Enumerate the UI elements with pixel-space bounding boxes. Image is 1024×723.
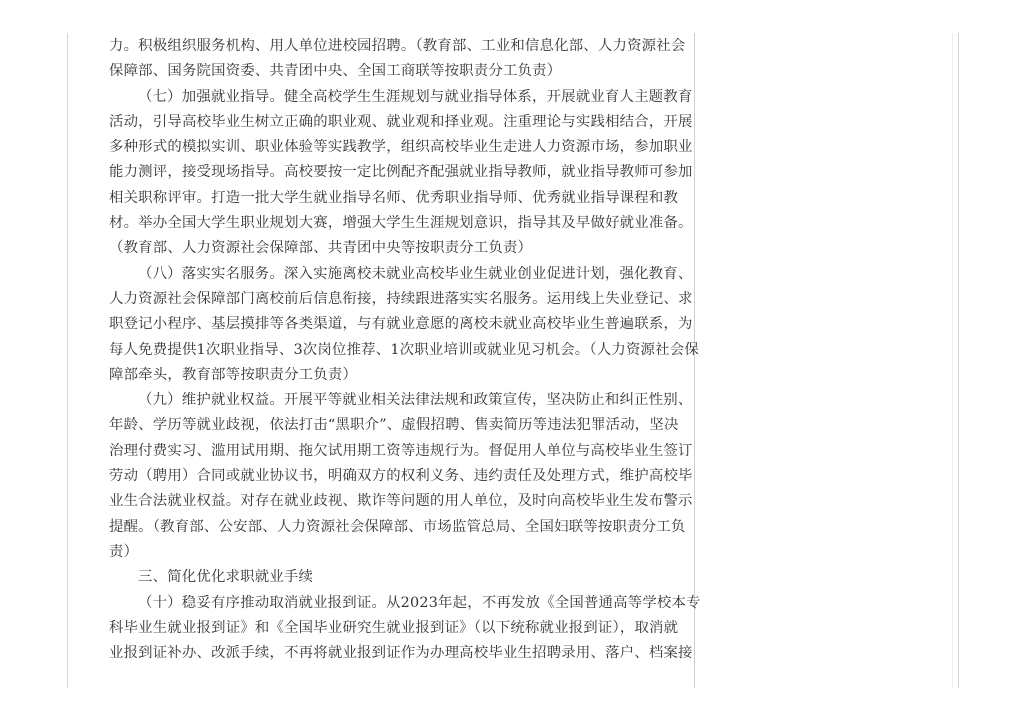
text-line: （教育部、人力资源社会保障部、共青团中央等按职责分工负责）: [109, 236, 675, 261]
text-line: 多种形式的模拟实训、职业体验等实践教学，组织高校毕业生走进人力资源市场，参加职业: [109, 135, 675, 160]
text-line: 能力测评，接受现场指导。高校要按一定比例配齐配强就业指导教师，就业指导教师可参加: [109, 160, 675, 185]
text-line: 人力资源社会保障部门离校前后信息衔接，持续跟进落实实名服务。运用线上失业登记、求: [109, 287, 675, 312]
text-line: 每人免费提供1次职业指导、3次岗位推荐、1次职业培训或就业见习机会。（人力资源社…: [109, 338, 675, 363]
section-heading: 三、简化优化求职就业手续: [109, 565, 675, 590]
text-line: 障部牵头，教育部等按职责分工负责）: [109, 363, 675, 388]
text-line: 保障部、国务院国资委、共青团中央、全国工商联等按职责分工负责）: [109, 59, 675, 84]
text-line: 劳动（聘用）合同或就业协议书，明确双方的权利义务、违约责任及处理方式，维护高校毕: [109, 464, 675, 489]
text-line: 职登记小程序、基层摸排等各类渠道，与有就业意愿的离校未就业高校毕业生普遍联系，为: [109, 312, 675, 337]
text-line: 提醒。（教育部、公安部、人力资源社会保障部、市场监管总局、全国妇联等按职责分工负: [109, 515, 675, 540]
panel-right-border: [958, 33, 959, 688]
page-right-border: [694, 33, 695, 688]
text-line: 责）: [109, 540, 675, 565]
text-line: 材。举办全国大学生职业规划大赛，增强大学生生涯规划意识，指导其及早做好就业准备。: [109, 211, 675, 236]
text-line: 治理付费实习、滥用试用期、拖欠试用期工资等违规行为。督促用人单位与高校毕业生签订: [109, 439, 675, 464]
text-line: 力。积极组织服务机构、用人单位进校园招聘。（教育部、工业和信息化部、人力资源社会: [109, 34, 675, 59]
panel-divider-faint: [952, 33, 953, 688]
document-page: 力。积极组织服务机构、用人单位进校园招聘。（教育部、工业和信息化部、人力资源社会…: [109, 34, 675, 666]
text-line: 活动，引导高校毕业生树立正确的职业观、就业观和择业观。注重理论与实践相结合，开展: [109, 110, 675, 135]
text-line: （八）落实实名服务。深入实施离校未就业高校毕业生就业创业促进计划，强化教育、: [109, 262, 675, 287]
text-line: （九）维护就业权益。开展平等就业相关法律法规和政策宣传，坚决防止和纠正性别、: [109, 388, 675, 413]
text-line: 科毕业生就业报到证》和《全国毕业研究生就业报到证》（以下统称就业报到证），取消就: [109, 616, 675, 641]
text-line: 业生合法就业权益。对存在就业歧视、欺诈等问题的用人单位，及时向高校毕业生发布警示: [109, 489, 675, 514]
text-line: 业报到证补办、改派手续，不再将就业报到证作为办理高校毕业生招聘录用、落户、档案接: [109, 641, 675, 666]
text-line: （十）稳妥有序推动取消就业报到证。从2023年起，不再发放《全国普通高等学校本专: [109, 591, 675, 616]
text-line: （七）加强就业指导。健全高校学生生涯规划与就业指导体系，开展就业育人主题教育: [109, 85, 675, 110]
text-line: 年龄、学历等就业歧视，依法打击“黑职介”、虚假招聘、售卖简历等违法犯罪活动，坚决: [109, 413, 675, 438]
text-line: 相关职称评审。打造一批大学生就业指导名师、优秀职业指导师、优秀就业指导课程和教: [109, 186, 675, 211]
page-left-border: [67, 33, 68, 688]
